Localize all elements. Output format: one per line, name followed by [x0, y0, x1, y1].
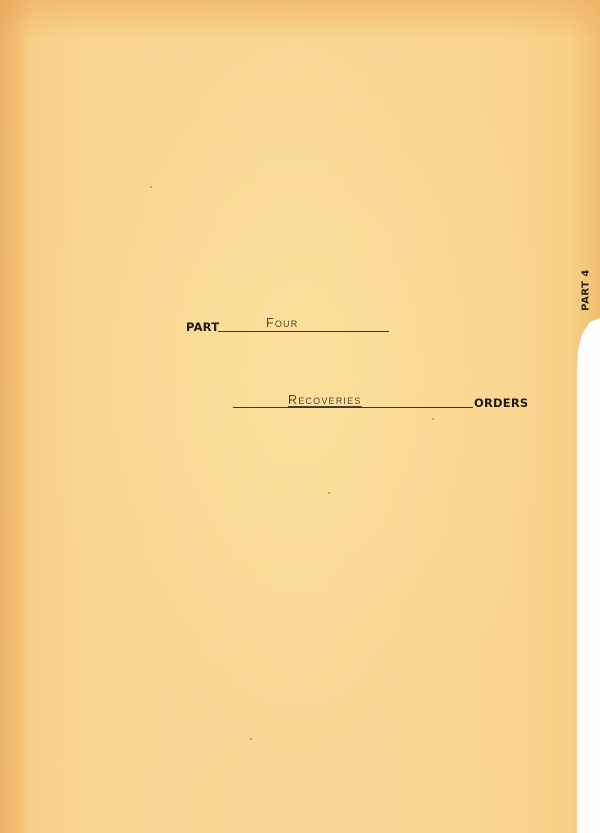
- page-background-white: [577, 318, 600, 833]
- divider-sheet: [0, 0, 600, 833]
- orders-value-handwritten: Recoveries: [288, 393, 362, 407]
- paper-speck: [432, 418, 434, 420]
- paper-speck: [328, 492, 330, 494]
- paper-speck: [250, 738, 252, 740]
- part-underline: [218, 331, 389, 332]
- part-label: PART: [186, 320, 219, 334]
- side-tab-label: PART 4: [581, 269, 592, 311]
- orders-underline: [233, 407, 473, 408]
- paper-speck: [150, 186, 152, 188]
- orders-label: ORDERS: [474, 396, 528, 410]
- part-value-handwritten: Four: [266, 316, 298, 330]
